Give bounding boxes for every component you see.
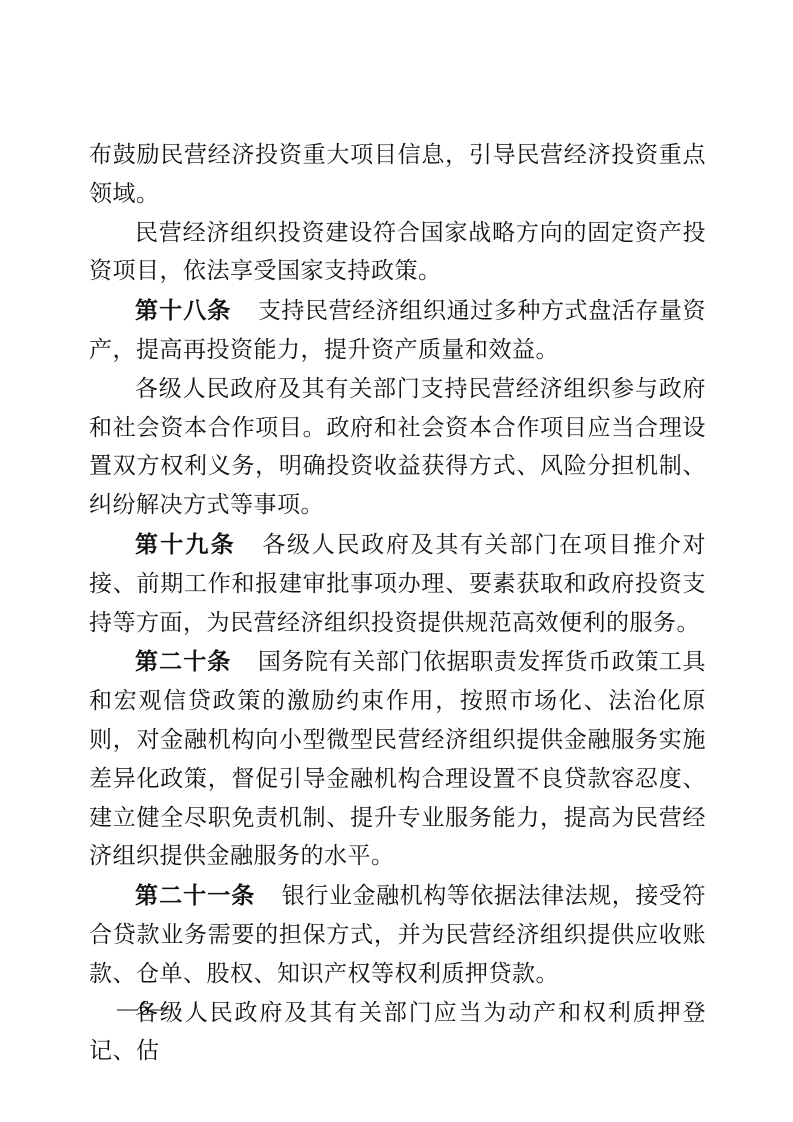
article-number: 第十八条 bbox=[135, 297, 231, 323]
paragraph: 民营经济组织投资建设符合国家战略方向的固定资产投资项目，依法享受国家支持政策。 bbox=[89, 214, 706, 292]
paragraph-text: 布鼓励民营经济投资重大项目信息，引导民营经济投资重点领域。 bbox=[89, 142, 706, 206]
paragraph-text: 各级人民政府及其有关部门应当为动产和权利质押登记、估 bbox=[89, 1000, 706, 1064]
paragraph-text: 民营经济组织投资建设符合国家战略方向的固定资产投资项目，依法享受国家支持政策。 bbox=[89, 220, 706, 284]
paragraph-article-19: 第十九条各级人民政府及其有关部门在项目推介对接、前期工作和报建审批事项办理、要素… bbox=[89, 525, 706, 642]
article-number: 第十九条 bbox=[135, 531, 236, 557]
paragraph: 各级人民政府及其有关部门支持民营经济组织参与政府和社会资本合作项目。政府和社会资… bbox=[89, 370, 706, 525]
page-number: —6— bbox=[117, 996, 173, 1021]
document-page: 布鼓励民营经济投资重大项目信息，引导民营经济投资重点领域。 民营经济组织投资建设… bbox=[0, 0, 793, 1122]
paragraph-article-21: 第二十一条银行业金融机构等依据法律法规，接受符合贷款业务需要的担保方式，并为民营… bbox=[89, 876, 706, 993]
paragraph-text: 各级人民政府及其有关部门支持民营经济组织参与政府和社会资本合作项目。政府和社会资… bbox=[89, 376, 706, 517]
paragraph-truncated: 各级人民政府及其有关部门应当为动产和权利质押登记、估 bbox=[89, 994, 706, 1072]
article-number: 第二十一条 bbox=[135, 882, 255, 908]
article-number: 第二十条 bbox=[135, 648, 231, 674]
paragraph-article-18: 第十八条支持民营经济组织通过多种方式盘活存量资产，提高再投资能力，提升资产质量和… bbox=[89, 291, 706, 370]
paragraph-continuation: 布鼓励民营经济投资重大项目信息，引导民营经济投资重点领域。 bbox=[89, 136, 706, 214]
paragraph-article-20: 第二十条国务院有关部门依据职责发挥货币政策工具和宏观信贷政策的激励约束作用，按照… bbox=[89, 642, 706, 876]
paragraph-text: 国务院有关部门依据职责发挥货币政策工具和宏观信贷政策的激励约束作用，按照市场化、… bbox=[89, 649, 706, 868]
document-body: 布鼓励民营经济投资重大项目信息，引导民营经济投资重点领域。 民营经济组织投资建设… bbox=[89, 136, 706, 1071]
